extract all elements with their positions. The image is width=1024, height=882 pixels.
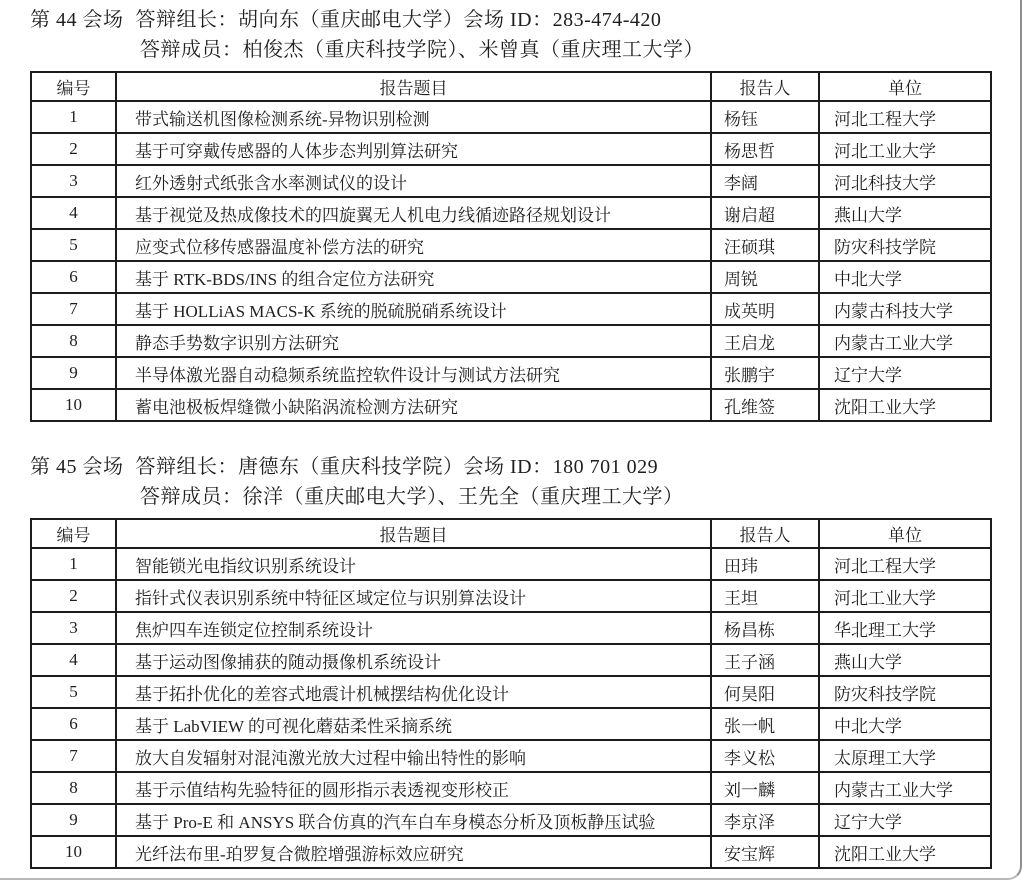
table-row: 9半导体激光器自动稳频系统监控软件设计与测试方法研究张鹏宇辽宁大学 — [31, 357, 991, 389]
row-number-cell: 7 — [31, 293, 116, 325]
table-row: 2基于可穿戴传感器的人体步态判别算法研究杨思哲河北工业大学 — [31, 133, 991, 165]
affiliation-cell: 河北工业大学 — [819, 133, 991, 165]
report-title-cell: 放大自发辐射对混沌激光放大过程中输出特性的影响 — [116, 740, 711, 772]
row-number-cell: 5 — [31, 229, 116, 261]
report-title-cell: 红外透射式纸张含水率测试仪的设计 — [116, 165, 711, 197]
venue-id: 180 701 029 — [553, 456, 659, 478]
session-45-header-line1: 第 45 会场答辩组长：唐德东（重庆科技学院）会场 ID：180 701 029 — [30, 452, 990, 482]
row-number-cell: 9 — [31, 357, 116, 389]
row-number-cell: 9 — [31, 804, 116, 836]
report-title-cell: 基于可穿戴传感器的人体步态判别算法研究 — [116, 133, 711, 165]
report-title-cell: 智能锁光电指纹识别系统设计 — [116, 548, 711, 580]
presenter-cell: 李义松 — [711, 740, 819, 772]
affiliation-cell: 太原理工大学 — [819, 740, 991, 772]
row-number-cell: 6 — [31, 708, 116, 740]
presenter-cell: 安宝辉 — [711, 836, 819, 868]
row-number-cell: 3 — [31, 165, 116, 197]
affiliation-cell: 河北科技大学 — [819, 165, 991, 197]
table-row: 3红外透射式纸张含水率测试仪的设计李阔河北科技大学 — [31, 165, 991, 197]
report-title-cell: 基于 Pro-E 和 ANSYS 联合仿真的汽车白车身模态分析及顶板静压试验 — [116, 804, 711, 836]
session-45-header-line2: 答辩成员：徐洋（重庆邮电大学）、王先全（重庆理工大学） — [30, 482, 990, 512]
report-title-cell: 指针式仪表识别系统中特征区域定位与识别算法设计 — [116, 580, 711, 612]
column-header-affiliation: 单位 — [819, 72, 991, 101]
table-row: 3焦炉四车连锁定位控制系统设计杨昌栋华北理工大学 — [31, 612, 991, 644]
table-row: 5应变式位移传感器温度补偿方法的研究汪硕琪防灾科技学院 — [31, 229, 991, 261]
presenter-cell: 何昊阳 — [711, 676, 819, 708]
presenter-cell: 孔维签 — [711, 389, 819, 421]
report-title-cell: 基于 HOLLiAS MACS-K 系统的脱硫脱硝系统设计 — [116, 293, 711, 325]
column-header-report-title: 报告题目 — [116, 519, 711, 548]
table-header-row: 编号 报告题目 报告人 单位 — [31, 519, 991, 548]
presenter-cell: 周锐 — [711, 261, 819, 293]
table-row: 1带式输送机图像检测系统-异物识别检测杨钰河北工程大学 — [31, 101, 991, 133]
table-row: 8基于示值结构先验特征的圆形指示表透视变形校正刘一麟内蒙古工业大学 — [31, 772, 991, 804]
report-title-cell: 焦炉四车连锁定位控制系统设计 — [116, 612, 711, 644]
presenter-cell: 成英明 — [711, 293, 819, 325]
report-title-cell: 带式输送机图像检测系统-异物识别检测 — [116, 101, 711, 133]
session-45-block: 第 45 会场答辩组长：唐德东（重庆科技学院）会场 ID：180 701 029… — [30, 452, 990, 869]
row-number-cell: 8 — [31, 772, 116, 804]
affiliation-cell: 辽宁大学 — [819, 804, 991, 836]
column-header-number: 编号 — [31, 72, 116, 101]
affiliation-cell: 燕山大学 — [819, 197, 991, 229]
presenter-cell: 谢启超 — [711, 197, 819, 229]
report-title-cell: 基于视觉及热成像技术的四旋翼无人机电力线循迹路径规划设计 — [116, 197, 711, 229]
affiliation-cell: 防灾科技学院 — [819, 229, 991, 261]
row-number-cell: 5 — [31, 676, 116, 708]
venue-id-label: 会场 ID： — [464, 9, 553, 31]
table-row: 6基于 RTK-BDS/INS 的组合定位方法研究周锐中北大学 — [31, 261, 991, 293]
column-header-number: 编号 — [31, 519, 116, 548]
venue-id-label: 会场 ID： — [464, 456, 553, 478]
presenter-cell: 杨思哲 — [711, 133, 819, 165]
report-title-cell: 半导体激光器自动稳频系统监控软件设计与测试方法研究 — [116, 357, 711, 389]
column-header-affiliation: 单位 — [819, 519, 991, 548]
presenter-cell: 田玮 — [711, 548, 819, 580]
table-row: 4基于视觉及热成像技术的四旋翼无人机电力线循迹路径规划设计谢启超燕山大学 — [31, 197, 991, 229]
affiliation-cell: 辽宁大学 — [819, 357, 991, 389]
table-row: 8静态手势数字识别方法研究王启龙内蒙古工业大学 — [31, 325, 991, 357]
report-title-cell: 基于 RTK-BDS/INS 的组合定位方法研究 — [116, 261, 711, 293]
row-number-cell: 4 — [31, 644, 116, 676]
table-row: 1智能锁光电指纹识别系统设计田玮河北工程大学 — [31, 548, 991, 580]
presenter-cell: 杨钰 — [711, 101, 819, 133]
presenter-cell: 张鹏宇 — [711, 357, 819, 389]
session-44-header-line2: 答辩成员：柏俊杰（重庆科技学院）、米曾真（重庆理工大学） — [30, 35, 990, 65]
affiliation-cell: 沈阳工业大学 — [819, 836, 991, 868]
table-row: 4基于运动图像捕获的随动摄像机系统设计王子涵燕山大学 — [31, 644, 991, 676]
presenter-cell: 汪硕琪 — [711, 229, 819, 261]
session-44-schedule-table: 编号 报告题目 报告人 单位 1带式输送机图像检测系统-异物识别检测杨钰河北工程… — [30, 71, 992, 422]
venue-id: 283-474-420 — [553, 9, 662, 31]
affiliation-cell: 内蒙古工业大学 — [819, 325, 991, 357]
affiliation-cell: 华北理工大学 — [819, 612, 991, 644]
row-number-cell: 10 — [31, 389, 116, 421]
session-label: 第 45 会场 — [30, 456, 124, 478]
table-row: 6基于 LabVIEW 的可视化蘑菇柔性采摘系统张一帆中北大学 — [31, 708, 991, 740]
presenter-cell: 王启龙 — [711, 325, 819, 357]
affiliation-cell: 燕山大学 — [819, 644, 991, 676]
report-title-cell: 蓄电池极板焊缝微小缺陷涡流检测方法研究 — [116, 389, 711, 421]
table-row: 9基于 Pro-E 和 ANSYS 联合仿真的汽车白车身模态分析及顶板静压试验李… — [31, 804, 991, 836]
report-title-cell: 基于拓扑优化的差容式地震计机械摆结构优化设计 — [116, 676, 711, 708]
presenter-cell: 王坦 — [711, 580, 819, 612]
table-row: 7基于 HOLLiAS MACS-K 系统的脱硫脱硝系统设计成英明内蒙古科技大学 — [31, 293, 991, 325]
session-45-schedule-table: 编号 报告题目 报告人 单位 1智能锁光电指纹识别系统设计田玮河北工程大学2指针… — [30, 518, 992, 869]
table-row: 5基于拓扑优化的差容式地震计机械摆结构优化设计何昊阳防灾科技学院 — [31, 676, 991, 708]
affiliation-cell: 河北工程大学 — [819, 548, 991, 580]
table-row: 7放大自发辐射对混沌激光放大过程中输出特性的影响李义松太原理工大学 — [31, 740, 991, 772]
row-number-cell: 1 — [31, 548, 116, 580]
affiliation-cell: 河北工程大学 — [819, 101, 991, 133]
row-number-cell: 6 — [31, 261, 116, 293]
members-names: 徐洋（重庆邮电大学）、王先全（重庆理工大学） — [243, 486, 684, 508]
affiliation-cell: 中北大学 — [819, 708, 991, 740]
report-title-cell: 应变式位移传感器温度补偿方法的研究 — [116, 229, 711, 261]
members-role-label: 答辩成员： — [140, 39, 243, 61]
affiliation-cell: 河北工业大学 — [819, 580, 991, 612]
row-number-cell: 4 — [31, 197, 116, 229]
column-header-presenter: 报告人 — [711, 72, 819, 101]
presenter-cell: 杨昌栋 — [711, 612, 819, 644]
table-row: 10蓄电池极板焊缝微小缺陷涡流检测方法研究孔维签沈阳工业大学 — [31, 389, 991, 421]
row-number-cell: 7 — [31, 740, 116, 772]
row-number-cell: 2 — [31, 580, 116, 612]
affiliation-cell: 中北大学 — [819, 261, 991, 293]
row-number-cell: 2 — [31, 133, 116, 165]
document-page: 第 44 会场答辩组长：胡向东（重庆邮电大学）会场 ID：283-474-420… — [0, 0, 1022, 880]
row-number-cell: 8 — [31, 325, 116, 357]
presenter-cell: 刘一麟 — [711, 772, 819, 804]
column-header-presenter: 报告人 — [711, 519, 819, 548]
chair-role-label: 答辩组长： — [136, 9, 239, 31]
affiliation-cell: 沈阳工业大学 — [819, 389, 991, 421]
report-title-cell: 基于 LabVIEW 的可视化蘑菇柔性采摘系统 — [116, 708, 711, 740]
report-title-cell: 基于运动图像捕获的随动摄像机系统设计 — [116, 644, 711, 676]
members-role-label: 答辩成员： — [140, 486, 243, 508]
affiliation-cell: 防灾科技学院 — [819, 676, 991, 708]
row-number-cell: 1 — [31, 101, 116, 133]
report-title-cell: 基于示值结构先验特征的圆形指示表透视变形校正 — [116, 772, 711, 804]
table-header-row: 编号 报告题目 报告人 单位 — [31, 72, 991, 101]
chair-name: 唐德东（重庆科技学院） — [238, 456, 464, 478]
affiliation-cell: 内蒙古工业大学 — [819, 772, 991, 804]
session-44-header-line1: 第 44 会场答辩组长：胡向东（重庆邮电大学）会场 ID：283-474-420 — [30, 5, 990, 35]
row-number-cell: 10 — [31, 836, 116, 868]
row-number-cell: 3 — [31, 612, 116, 644]
report-title-cell: 静态手势数字识别方法研究 — [116, 325, 711, 357]
session-label: 第 44 会场 — [30, 9, 124, 31]
presenter-cell: 王子涵 — [711, 644, 819, 676]
chair-role-label: 答辩组长： — [136, 456, 239, 478]
presenter-cell: 李京泽 — [711, 804, 819, 836]
presenter-cell: 张一帆 — [711, 708, 819, 740]
column-header-report-title: 报告题目 — [116, 72, 711, 101]
report-title-cell: 光纤法布里-珀罗复合微腔增强游标效应研究 — [116, 836, 711, 868]
session-44-block: 第 44 会场答辩组长：胡向东（重庆邮电大学）会场 ID：283-474-420… — [30, 5, 990, 422]
table-row: 2指针式仪表识别系统中特征区域定位与识别算法设计王坦河北工业大学 — [31, 580, 991, 612]
table-row: 10光纤法布里-珀罗复合微腔增强游标效应研究安宝辉沈阳工业大学 — [31, 836, 991, 868]
affiliation-cell: 内蒙古科技大学 — [819, 293, 991, 325]
presenter-cell: 李阔 — [711, 165, 819, 197]
members-names: 柏俊杰（重庆科技学院）、米曾真（重庆理工大学） — [243, 39, 705, 61]
chair-name: 胡向东（重庆邮电大学） — [238, 9, 464, 31]
